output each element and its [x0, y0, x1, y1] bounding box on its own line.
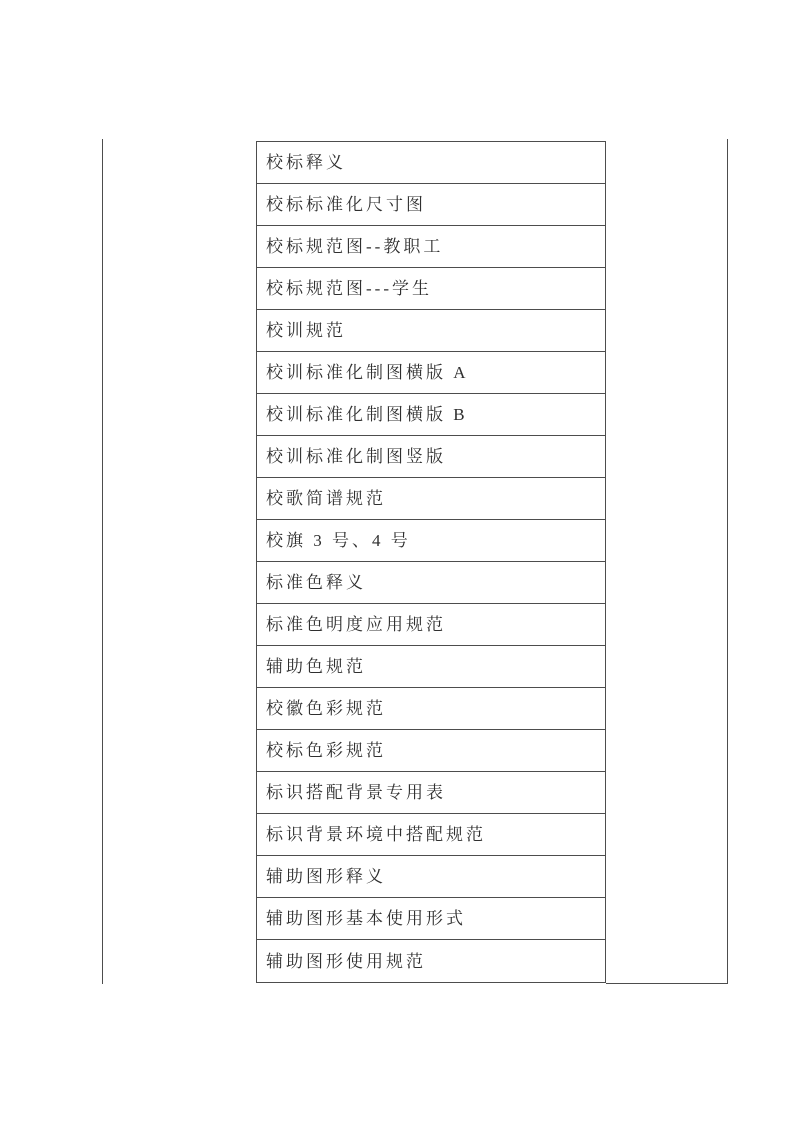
table-row: 标识搭配背景专用表 — [257, 772, 605, 814]
table-row: 校训规范 — [257, 310, 605, 352]
table-row: 校标规范图---学生 — [257, 268, 605, 310]
row-label: 校训标准化制图横版 B — [266, 406, 468, 423]
row-label: 校旗 3 号、4 号 — [266, 532, 411, 549]
table-row: 标准色明度应用规范 — [257, 604, 605, 646]
row-label: 校训标准化制图横版 A — [266, 364, 469, 381]
table-row: 校歌简谱规范 — [257, 478, 605, 520]
row-label: 标识搭配背景专用表 — [266, 784, 446, 801]
row-label: 校标标准化尺寸图 — [266, 196, 426, 213]
row-label: 标识背景环境中搭配规范 — [266, 826, 486, 843]
row-label: 校标色彩规范 — [266, 742, 386, 759]
row-label: 校标释义 — [266, 154, 346, 171]
table-row: 校旗 3 号、4 号 — [257, 520, 605, 562]
row-label: 辅助图形释义 — [266, 868, 386, 885]
row-label: 标准色明度应用规范 — [266, 616, 446, 633]
row-label: 校训标准化制图竖版 — [266, 448, 446, 465]
outer-table-left-border — [102, 139, 103, 984]
row-label: 辅助图形基本使用形式 — [266, 910, 466, 927]
table-row: 辅助图形使用规范 — [257, 940, 605, 982]
table-row: 辅助图形释义 — [257, 856, 605, 898]
row-label: 标准色释义 — [266, 574, 366, 591]
row-label: 校歌简谱规范 — [266, 490, 386, 507]
table-row: 标准色释义 — [257, 562, 605, 604]
table-row: 校标标准化尺寸图 — [257, 184, 605, 226]
table-row: 辅助图形基本使用形式 — [257, 898, 605, 940]
table-row: 校训标准化制图横版 B — [257, 394, 605, 436]
table-row: 校训标准化制图横版 A — [257, 352, 605, 394]
row-label: 校标规范图---学生 — [266, 280, 432, 297]
table-row: 校标规范图--教职工 — [257, 226, 605, 268]
table-row: 校标释义 — [257, 142, 605, 184]
outer-table-bottom-border — [606, 983, 728, 984]
table-row: 校训标准化制图竖版 — [257, 436, 605, 478]
table-row: 校徽色彩规范 — [257, 688, 605, 730]
row-label: 辅助图形使用规范 — [266, 953, 426, 970]
table-row: 辅助色规范 — [257, 646, 605, 688]
contents-table: 校标释义 校标标准化尺寸图 校标规范图--教职工 校标规范图---学生 校训规范… — [256, 141, 606, 983]
table-row: 校标色彩规范 — [257, 730, 605, 772]
outer-table-right-border — [727, 139, 728, 984]
document-page: 校标释义 校标标准化尺寸图 校标规范图--教职工 校标规范图---学生 校训规范… — [0, 0, 794, 1122]
row-label: 辅助色规范 — [266, 658, 366, 675]
row-label: 校训规范 — [266, 322, 346, 339]
row-label: 校标规范图--教职工 — [266, 238, 443, 255]
table-row: 标识背景环境中搭配规范 — [257, 814, 605, 856]
row-label: 校徽色彩规范 — [266, 700, 386, 717]
